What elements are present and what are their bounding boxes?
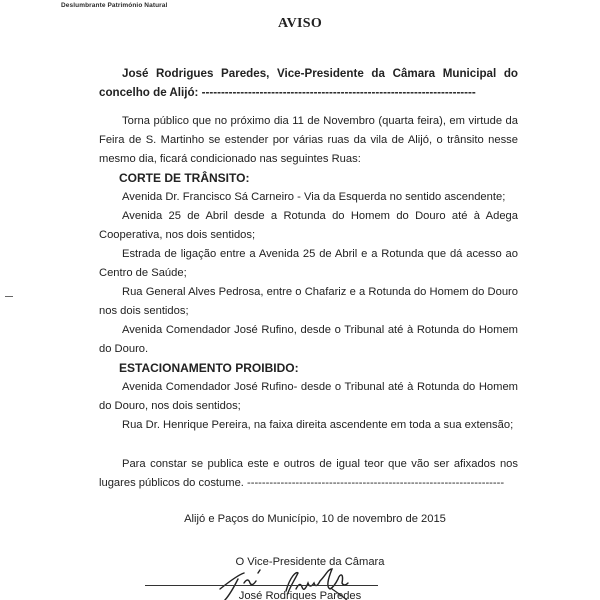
list-item: Estrada de ligação entre a Avenida 25 de…: [99, 245, 518, 264]
section-no-parking: ESTACIONAMENTO PROIBIDO: Avenida Comenda…: [99, 359, 518, 435]
list-item: nos dois sentidos;: [99, 302, 518, 321]
list-item: Rua General Alves Pedrosa, entre o Chafa…: [99, 283, 518, 302]
list-item: Avenida Dr. Francisco Sá Carneiro - Via …: [99, 188, 518, 207]
intro-line: José Rodrigues Paredes, Vice-Presidente …: [99, 64, 518, 83]
list-item: Avenida 25 de Abril desde a Rotunda do H…: [99, 207, 518, 226]
list-item: do Douro.: [99, 340, 518, 359]
page-title: AVISO: [0, 16, 600, 32]
intro-line: concelho de Alijó: ---------------------…: [99, 83, 518, 102]
section-heading: CORTE DE TRÂNSITO:: [99, 169, 518, 188]
announcement-line: Feira de S. Martinho se estender por vár…: [99, 131, 518, 150]
announcement-line: mesmo dia, ficará condicionado nas segui…: [99, 150, 518, 169]
place-date: Alijó e Paços do Município, 10 de novemb…: [30, 513, 600, 525]
section-traffic-closure: CORTE DE TRÂNSITO: Avenida Dr. Francisco…: [99, 169, 518, 359]
signature-line: [145, 585, 378, 586]
closing-line: Para constar se publica este e outros de…: [99, 455, 518, 474]
section-heading: ESTACIONAMENTO PROIBIDO:: [99, 359, 518, 378]
punch-mark: [5, 296, 13, 297]
announcement-line: Torna público que no próximo dia 11 de N…: [99, 112, 518, 131]
list-item: Avenida Comendador José Rufino- desde o …: [99, 378, 518, 397]
list-item: Cooperativa, nos dois sentidos;: [99, 226, 518, 245]
intro-paragraph: José Rodrigues Paredes, Vice-Presidente …: [99, 64, 518, 102]
closing-paragraph: Para constar se publica este e outros de…: [99, 455, 518, 493]
list-item: Centro de Saúde;: [99, 264, 518, 283]
list-item: Avenida Comendador José Rufino, desde o …: [99, 321, 518, 340]
letterhead-tagline: Deslumbrante Património Natural: [61, 2, 167, 9]
signatory-name: José Rodrigues Paredes: [0, 590, 600, 600]
list-item: Rua Dr. Henrique Pereira, na faixa direi…: [99, 416, 518, 435]
list-item: do Douro, nos dois sentidos;: [99, 397, 518, 416]
announcement-paragraph: Torna público que no próximo dia 11 de N…: [99, 112, 518, 169]
closing-line: lugares públicos do costume. -----------…: [99, 474, 518, 493]
